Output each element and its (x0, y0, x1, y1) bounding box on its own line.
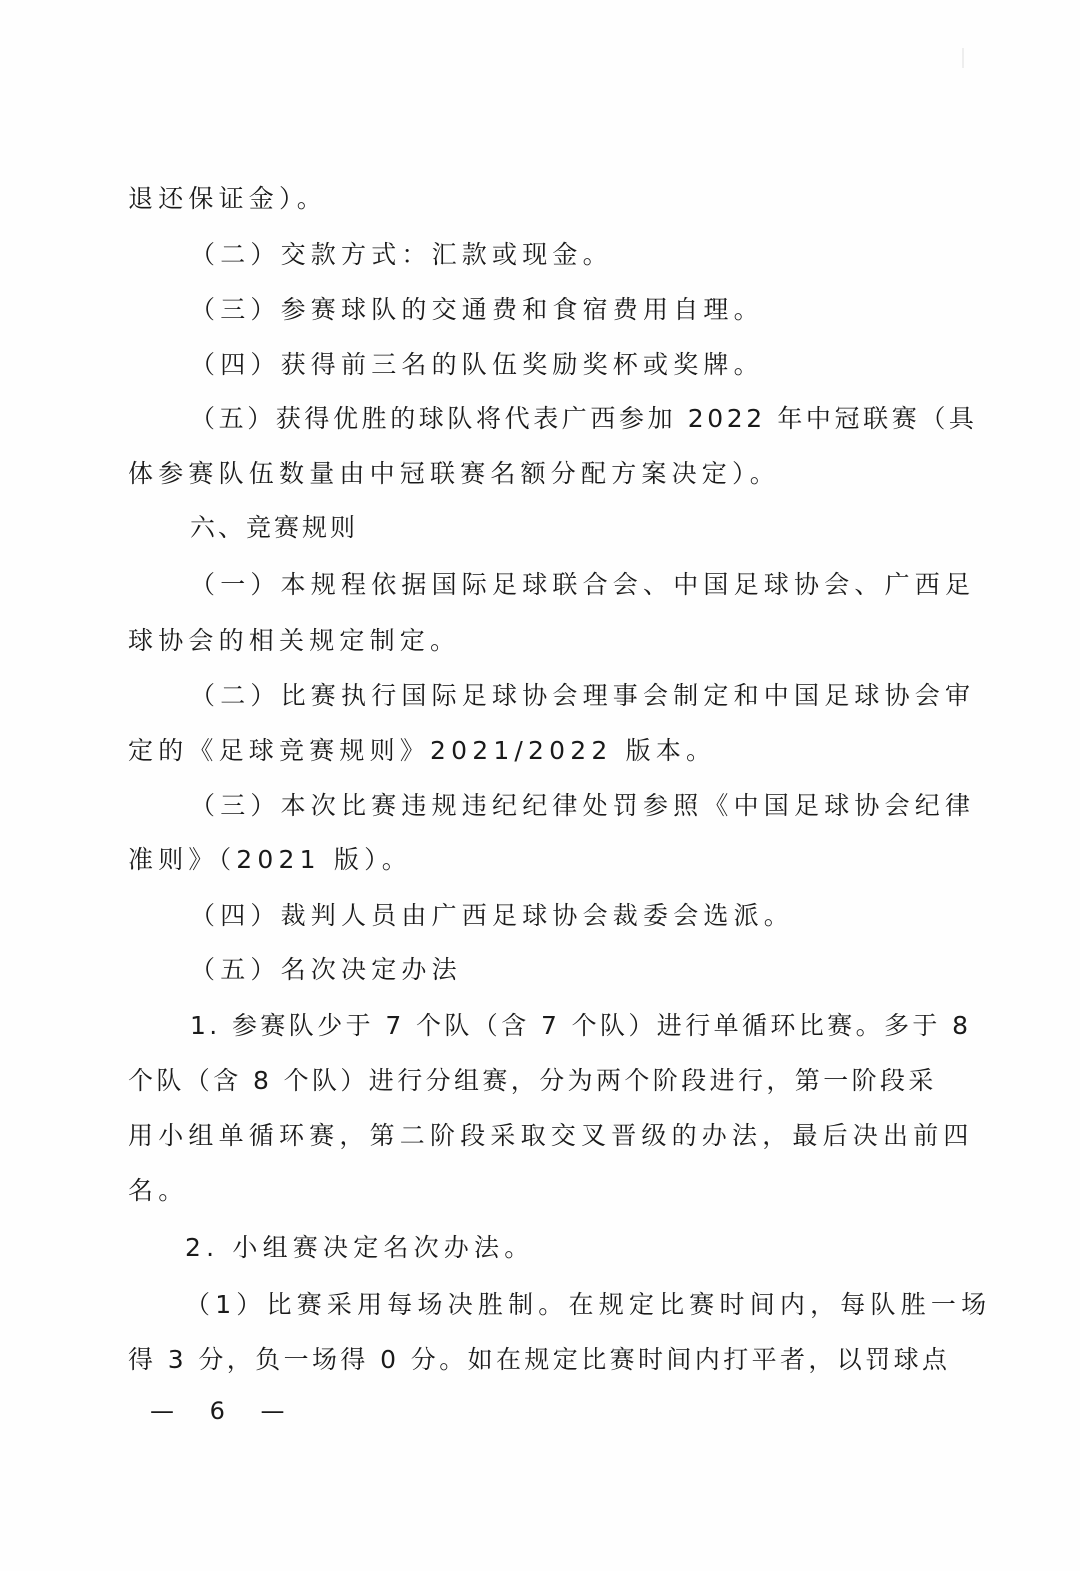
paragraph-line: （三）参赛球队的交通费和食宿费用自理。 (190, 295, 764, 325)
paragraph-line: （五）名次决定办法 (190, 955, 462, 985)
paragraph-line: 定的《足球竞赛规则》2021/2022 版本。 (128, 736, 716, 766)
paragraph-line: 准则》（2021 版）。 (128, 845, 412, 875)
paragraph-line: （1）比赛采用每场决胜制。在规定比赛时间内，每队胜一场 (185, 1290, 991, 1320)
paragraph-line: （二）比赛执行国际足球协会理事会制定和中国足球协会审 (190, 681, 975, 711)
paragraph-line: （四）裁判人员由广西足球协会裁委会选派。 (190, 901, 794, 931)
paragraph-line: 名。 (128, 1176, 188, 1206)
paragraph-line: 2. 小组赛决定名次办法。 (185, 1233, 534, 1263)
paragraph-line: （二）交款方式：汇款或现金。 (190, 240, 613, 270)
paragraph-line: 个队（含 8 个队）进行分组赛，分为两个阶段进行，第一阶段采 (128, 1066, 937, 1096)
paragraph-line: （三）本次比赛违规违纪纪律处罚参照《中国足球协会纪律 (190, 791, 975, 821)
paragraph-line: （五）获得优胜的球队将代表广西参加 2022 年中冠联赛（具 (190, 404, 978, 434)
page-number: — 6 — (150, 1397, 299, 1425)
paragraph-line: 得 3 分，负一场得 0 分。如在规定比赛时间内打平者，以罚球点 (128, 1345, 950, 1375)
paragraph-line: 球协会的相关规定制定。 (128, 626, 460, 656)
paragraph-line: 体参赛队伍数量由中冠联赛名额分配方案决定）。 (128, 459, 780, 489)
paragraph-line: 1. 参赛队少于 7 个队（含 7 个队）进行单循环比赛。多于 8 (190, 1011, 971, 1041)
scan-artifact (962, 48, 964, 68)
paragraph-line: （一）本规程依据国际足球联合会、中国足球协会、广西足 (190, 570, 975, 600)
paragraph-line: 用小组单循环赛，第二阶段采取交叉晋级的办法，最后决出前四 (128, 1121, 974, 1151)
document-page: 退还保证金）。 （二）交款方式：汇款或现金。 （三）参赛球队的交通费和食宿费用自… (0, 0, 1080, 1571)
section-heading: 六、竞赛规则 (190, 513, 358, 543)
paragraph-line: （四）获得前三名的队伍奖励奖杯或奖牌。 (190, 350, 764, 380)
paragraph-line: 退还保证金）。 (128, 184, 327, 214)
